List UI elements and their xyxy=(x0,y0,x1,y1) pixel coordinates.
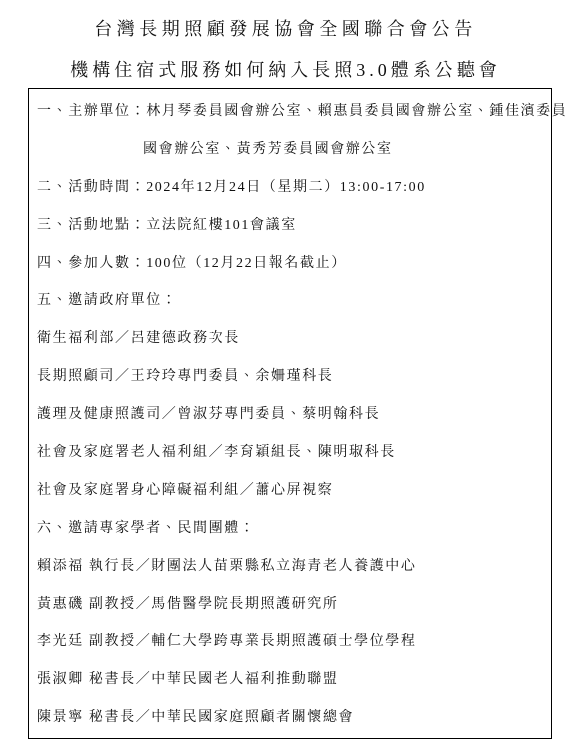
notice-line-disability-welfare-div: 社會及家庭署身心障礙福利組／蕭心屏視察 xyxy=(37,470,543,508)
notice-line-government-units-header: 五、邀請政府單位： xyxy=(37,280,543,318)
notice-line-organizer-continued: 國會辦公室、黃秀芳委員國會辦公室 xyxy=(37,129,543,167)
notice-line-expert-lai: 賴添福 執行長／財團法人苗栗縣私立海青老人養護中心 xyxy=(37,546,543,584)
notice-line-expert-huang: 黃惠磯 副教授／馬偕醫學院長期照護研究所 xyxy=(37,584,543,622)
notice-line-event-location: 三、活動地點：立法院紅樓101會議室 xyxy=(37,205,543,243)
notice-line-nursing-health-dept: 護理及健康照護司／曾淑芬專門委員、蔡明翰科長 xyxy=(37,394,543,432)
notice-line-elderly-welfare-div: 社會及家庭署老人福利組／李育穎組長、陳明琡科長 xyxy=(37,432,543,470)
notice-line-organizer: 一、主辦單位：林月琴委員國會辦公室、賴惠員委員國會辦公室、鍾佳濱委員 xyxy=(37,91,543,129)
notice-line-longterm-care-dept: 長期照顧司／王玲玲專門委員、余姍瑾科長 xyxy=(37,356,543,394)
notice-line-expert-chen: 陳景寧 秘書長／中華民國家庭照顧者關懷總會 xyxy=(37,697,543,735)
announcement-page: 台灣長期照顧發展協會全國聯合會公告 機構住宿式服務如何納入長照3.0體系公聽會 … xyxy=(0,0,571,748)
page-title: 台灣長期照顧發展協會全國聯合會公告 xyxy=(0,17,571,41)
notice-line-event-time: 二、活動時間：2024年12月24日（星期二）13:00-17:00 xyxy=(37,167,543,205)
notice-line-experts-header: 六、邀請專家學者、民間團體： xyxy=(37,508,543,546)
notice-line-participant-count: 四、參加人數：100位（12月22日報名截止） xyxy=(37,243,543,281)
document-heading: 台灣長期照顧發展協會全國聯合會公告 機構住宿式服務如何納入長照3.0體系公聽會 xyxy=(0,0,571,82)
notice-line-expert-chang: 張淑卿 秘書長／中華民國老人福利推動聯盟 xyxy=(37,659,543,697)
notice-border-box: 一、主辦單位：林月琴委員國會辦公室、賴惠員委員國會辦公室、鍾佳濱委員 國會辦公室… xyxy=(28,88,552,739)
notice-line-expert-li: 李光廷 副教授／輔仁大學跨專業長期照護碩士學位學程 xyxy=(37,621,543,659)
page-subtitle: 機構住宿式服務如何納入長照3.0體系公聽會 xyxy=(0,58,571,82)
notice-line-mohw: 衛生福利部／呂建德政務次長 xyxy=(37,318,543,356)
